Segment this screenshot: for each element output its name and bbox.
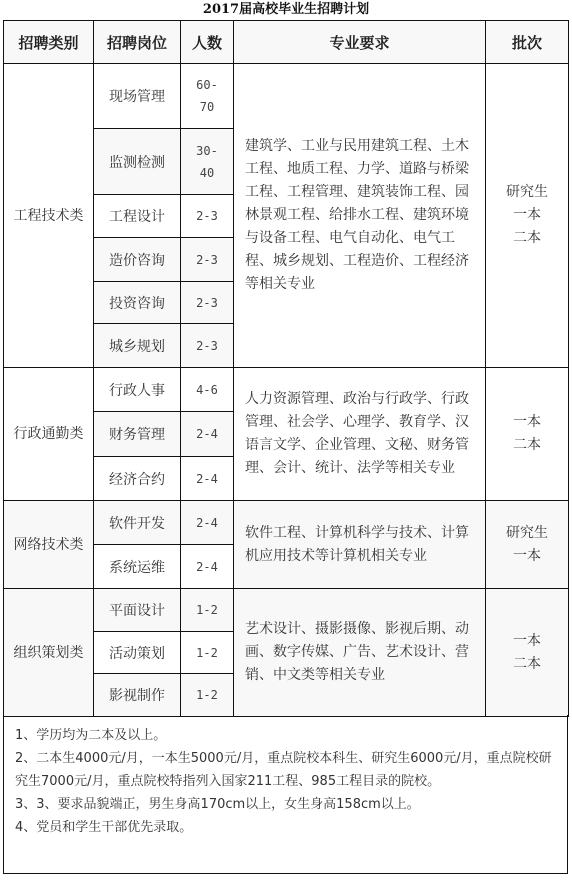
major-cell: 软件工程、计算机科学与技术、计算机应用技术等计算机相关专业 xyxy=(234,501,486,589)
position-cell: 行政人事 xyxy=(94,368,181,412)
count-cell: 2-4 xyxy=(181,457,234,501)
header-batch: 批次 xyxy=(486,21,569,64)
header-position: 招聘岗位 xyxy=(94,21,181,64)
position-cell: 现场管理 xyxy=(94,64,181,129)
position-cell: 系统运维 xyxy=(94,545,181,589)
table-row: 行政通勤类 行政人事 4-6 人力资源管理、政治与行政学、行政管理、社会学、心理… xyxy=(4,368,569,412)
position-cell: 软件开发 xyxy=(94,501,181,545)
position-cell: 城乡规划 xyxy=(94,324,181,368)
category-cell: 行政通勤类 xyxy=(4,368,94,501)
category-cell: 组织策划类 xyxy=(4,589,94,717)
recruitment-plan-table: 招聘类别 招聘岗位 人数 专业要求 批次 工程技术类 现场管理 60-70 建筑… xyxy=(3,20,569,717)
note-item: 1、学历均为二本及以上。 xyxy=(15,724,557,747)
count-cell: 2-3 xyxy=(181,282,234,324)
header-major: 专业要求 xyxy=(234,21,486,64)
batch-cell: 一本 二本 xyxy=(486,589,569,717)
table-row: 工程技术类 现场管理 60-70 建筑学、工业与民用建筑工程、土木工程、地质工程… xyxy=(4,64,569,129)
position-cell: 投资咨询 xyxy=(94,282,181,324)
count-cell: 1-2 xyxy=(181,674,234,717)
count-cell: 60-70 xyxy=(181,64,234,129)
count-cell: 1-2 xyxy=(181,632,234,674)
count-cell: 2-3 xyxy=(181,195,234,238)
count-cell: 4-6 xyxy=(181,368,234,412)
major-cell: 艺术设计、摄影摄像、影视后期、动画、数字传媒、广告、艺术设计、营销、中文类等相关… xyxy=(234,589,486,717)
table-row: 组织策划类 平面设计 1-2 艺术设计、摄影摄像、影视后期、动画、数字传媒、广告… xyxy=(4,589,569,632)
note-item: 2、二本生4000元/月，一本生5000元/月，重点院校本科生、研究生6000元… xyxy=(15,747,557,793)
count-cell: 2-4 xyxy=(181,412,234,457)
position-cell: 财务管理 xyxy=(94,412,181,457)
position-cell: 影视制作 xyxy=(94,674,181,717)
category-cell: 网络技术类 xyxy=(4,501,94,589)
count-cell: 2-3 xyxy=(181,324,234,368)
position-cell: 经济合约 xyxy=(94,457,181,501)
position-cell: 监测检测 xyxy=(94,129,181,195)
count-cell: 2-4 xyxy=(181,501,234,545)
note-item: 4、党员和学生干部优先录取。 xyxy=(15,816,557,839)
major-cell: 人力资源管理、政治与行政学、行政管理、社会学、心理学、教育学、汉语言文学、企业管… xyxy=(234,368,486,501)
batch-cell: 研究生 一本 二本 xyxy=(486,64,569,368)
position-cell: 活动策划 xyxy=(94,632,181,674)
batch-cell: 研究生 一本 xyxy=(486,501,569,589)
count-cell: 30-40 xyxy=(181,129,234,195)
category-cell: 工程技术类 xyxy=(4,64,94,368)
position-cell: 平面设计 xyxy=(94,589,181,632)
major-cell: 建筑学、工业与民用建筑工程、土木工程、地质工程、力学、道路与桥梁工程、工程管理、… xyxy=(234,64,486,368)
page-title: 2017届高校毕业生招聘计划 xyxy=(0,0,572,20)
table-header-row: 招聘类别 招聘岗位 人数 专业要求 批次 xyxy=(4,21,569,64)
count-cell: 2-3 xyxy=(181,238,234,282)
batch-cell: 一本 二本 xyxy=(486,368,569,501)
notes-section: 1、学历均为二本及以上。 2、二本生4000元/月，一本生5000元/月，重点院… xyxy=(3,715,568,874)
header-category: 招聘类别 xyxy=(4,21,94,64)
table-row: 网络技术类 软件开发 2-4 软件工程、计算机科学与技术、计算机应用技术等计算机… xyxy=(4,501,569,545)
note-item: 3、3、要求品貌端正，男生身高170cm以上，女生身高158cm以上。 xyxy=(15,793,557,816)
count-cell: 1-2 xyxy=(181,589,234,632)
position-cell: 工程设计 xyxy=(94,195,181,238)
header-count: 人数 xyxy=(181,21,234,64)
count-cell: 2-4 xyxy=(181,545,234,589)
position-cell: 造价咨询 xyxy=(94,238,181,282)
